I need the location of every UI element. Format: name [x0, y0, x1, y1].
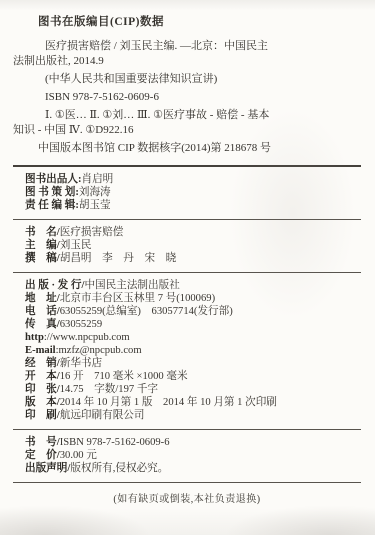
- info-row: 出 版 · 发 行/中国民主法制出版社: [13, 279, 361, 292]
- divider: [13, 429, 361, 430]
- field-label: 主 编/: [25, 240, 60, 251]
- info-row: 定 价/30.00 元: [13, 449, 361, 462]
- field-value: 胡昌明 李 丹 宋 晓: [60, 253, 177, 264]
- info-row: 主 编/刘玉民: [13, 239, 361, 252]
- cip-title: 图书在版编目(CIP)数据: [13, 15, 361, 30]
- info-row: 撰 稿/胡昌明 李 丹 宋 晓: [13, 252, 361, 265]
- publisher-info-block: 出 版 · 发 行/中国民主法制出版社 地 址/北京市丰台区玉林里 7 号(10…: [13, 279, 361, 422]
- info-row: 书 号/ISBN 978-7-5162-0609-6: [13, 436, 361, 449]
- info-row-website: http://www.npcpub.com: [13, 331, 361, 344]
- field-label: 书 名/: [25, 227, 60, 238]
- staff-block: 图书出品人:肖启明 图 书 策 划:刘海涛 责 任 编 辑:胡玉莹: [13, 173, 361, 212]
- field-value: :mzfz@npcpub.com: [56, 345, 142, 356]
- field-value: 北京市丰台区玉林里 7 号(100069): [60, 293, 215, 304]
- field-label: 开 本/: [25, 371, 60, 382]
- field-value: 30.00 元: [60, 450, 97, 461]
- field-value: 刘海涛: [79, 187, 111, 198]
- field-value: 14.75 字数/197 千字: [60, 384, 158, 395]
- field-value: 版权所有,侵权必究。: [70, 463, 168, 474]
- field-value: 肖启明: [82, 174, 114, 185]
- divider: [13, 482, 361, 483]
- cip-entry-line1: 医疗损害赔偿 / 刘玉民主编. —北京：中国民主: [13, 39, 361, 54]
- cip-classification-line1: Ⅰ. ①医… Ⅱ. ①刘… Ⅲ. ①医疗事故 - 赔偿 - 基本: [13, 108, 361, 123]
- info-row-email: E-mail:mzfz@npcpub.com: [13, 344, 361, 357]
- field-label: 版 本/: [25, 397, 60, 408]
- staff-row: 图书出品人:肖启明: [13, 173, 361, 186]
- field-value: 中国民主法制出版社: [84, 280, 179, 291]
- field-value: 医疗损害赔偿: [60, 227, 124, 238]
- info-row: 经 销/新华书店: [13, 357, 361, 370]
- info-row: 电 话/63055259(总编室) 63057714(发行部): [13, 305, 361, 318]
- info-row: 地 址/北京市丰台区玉林里 7 号(100069): [13, 292, 361, 305]
- divider: [13, 272, 361, 273]
- field-label: 撰 稿/: [25, 253, 60, 264]
- field-value: 胡玉莹: [79, 200, 111, 211]
- info-row: 传 真/63055259: [13, 318, 361, 331]
- field-label: 图 书 策 划:: [25, 187, 79, 198]
- field-label: 责 任 编 辑:: [25, 200, 79, 211]
- field-value: 新华书店: [60, 358, 102, 369]
- field-label: 书 号/: [25, 437, 60, 448]
- field-label: E-mail: [25, 345, 56, 356]
- staff-row: 责 任 编 辑:胡玉莹: [13, 199, 361, 212]
- cip-isbn: ISBN 978-7-5162-0609-6: [13, 90, 361, 105]
- field-value: ://www.npcpub.com: [44, 332, 130, 343]
- field-label: 出版声明/: [25, 463, 70, 474]
- field-value: 63055259: [60, 319, 102, 330]
- field-label: 出 版 · 发 行/: [25, 280, 84, 291]
- cip-entry-line2: 法制出版社, 2014.9: [13, 54, 361, 69]
- field-label: http: [25, 332, 44, 343]
- field-label: 图书出品人:: [25, 174, 82, 185]
- field-label: 印 刷/: [25, 410, 60, 421]
- cip-series: (中华人民共和国重要法律知识宣讲): [13, 72, 361, 87]
- copyright-page: 图书在版编目(CIP)数据 医疗损害赔偿 / 刘玉民主编. —北京：中国民主 法…: [0, 0, 375, 535]
- field-label: 传 真/: [25, 319, 60, 330]
- return-policy-note: (如有缺页或倒装,本社负责退换): [13, 490, 361, 505]
- cip-data-block: 图书在版编目(CIP)数据 医疗损害赔偿 / 刘玉民主编. —北京：中国民主 法…: [13, 15, 361, 156]
- field-value: 2014 年 10 月第 1 版 2014 年 10 月第 1 次印刷: [60, 397, 277, 408]
- info-row: 印 刷/航远印刷有限公司: [13, 409, 361, 422]
- info-row: 版 本/2014 年 10 月第 1 版 2014 年 10 月第 1 次印刷: [13, 396, 361, 409]
- divider: [13, 219, 361, 220]
- book-info-block: 书 名/医疗损害赔偿 主 编/刘玉民 撰 稿/胡昌明 李 丹 宋 晓: [13, 226, 361, 265]
- staff-row: 图 书 策 划:刘海涛: [13, 186, 361, 199]
- field-label: 定 价/: [25, 450, 60, 461]
- field-value: ISBN 978-7-5162-0609-6: [60, 437, 170, 448]
- field-value: 63055259(总编室) 63057714(发行部): [60, 306, 233, 317]
- info-row: 开 本/16 开 710 毫米 ×1000 毫米: [13, 370, 361, 383]
- field-label: 印 张/: [25, 384, 60, 395]
- cip-classification-line2: 知识 - 中国 Ⅳ. ①D922.16: [13, 123, 361, 138]
- info-row: 出版声明/版权所有,侵权必究。: [13, 462, 361, 475]
- field-value: 航远印刷有限公司: [60, 410, 145, 421]
- field-label: 地 址/: [25, 293, 60, 304]
- field-value: 16 开 710 毫米 ×1000 毫米: [60, 371, 188, 382]
- field-label: 经 销/: [25, 358, 60, 369]
- field-value: 刘玉民: [60, 240, 92, 251]
- info-row: 印 张/14.75 字数/197 千字: [13, 383, 361, 396]
- info-row: 书 名/医疗损害赔偿: [13, 226, 361, 239]
- price-block: 书 号/ISBN 978-7-5162-0609-6 定 价/30.00 元 出…: [13, 436, 361, 475]
- cip-record-number: 中国版本图书馆 CIP 数据核字(2014)第 218678 号: [13, 141, 361, 156]
- field-label: 电 话/: [25, 306, 60, 317]
- divider: [13, 165, 361, 167]
